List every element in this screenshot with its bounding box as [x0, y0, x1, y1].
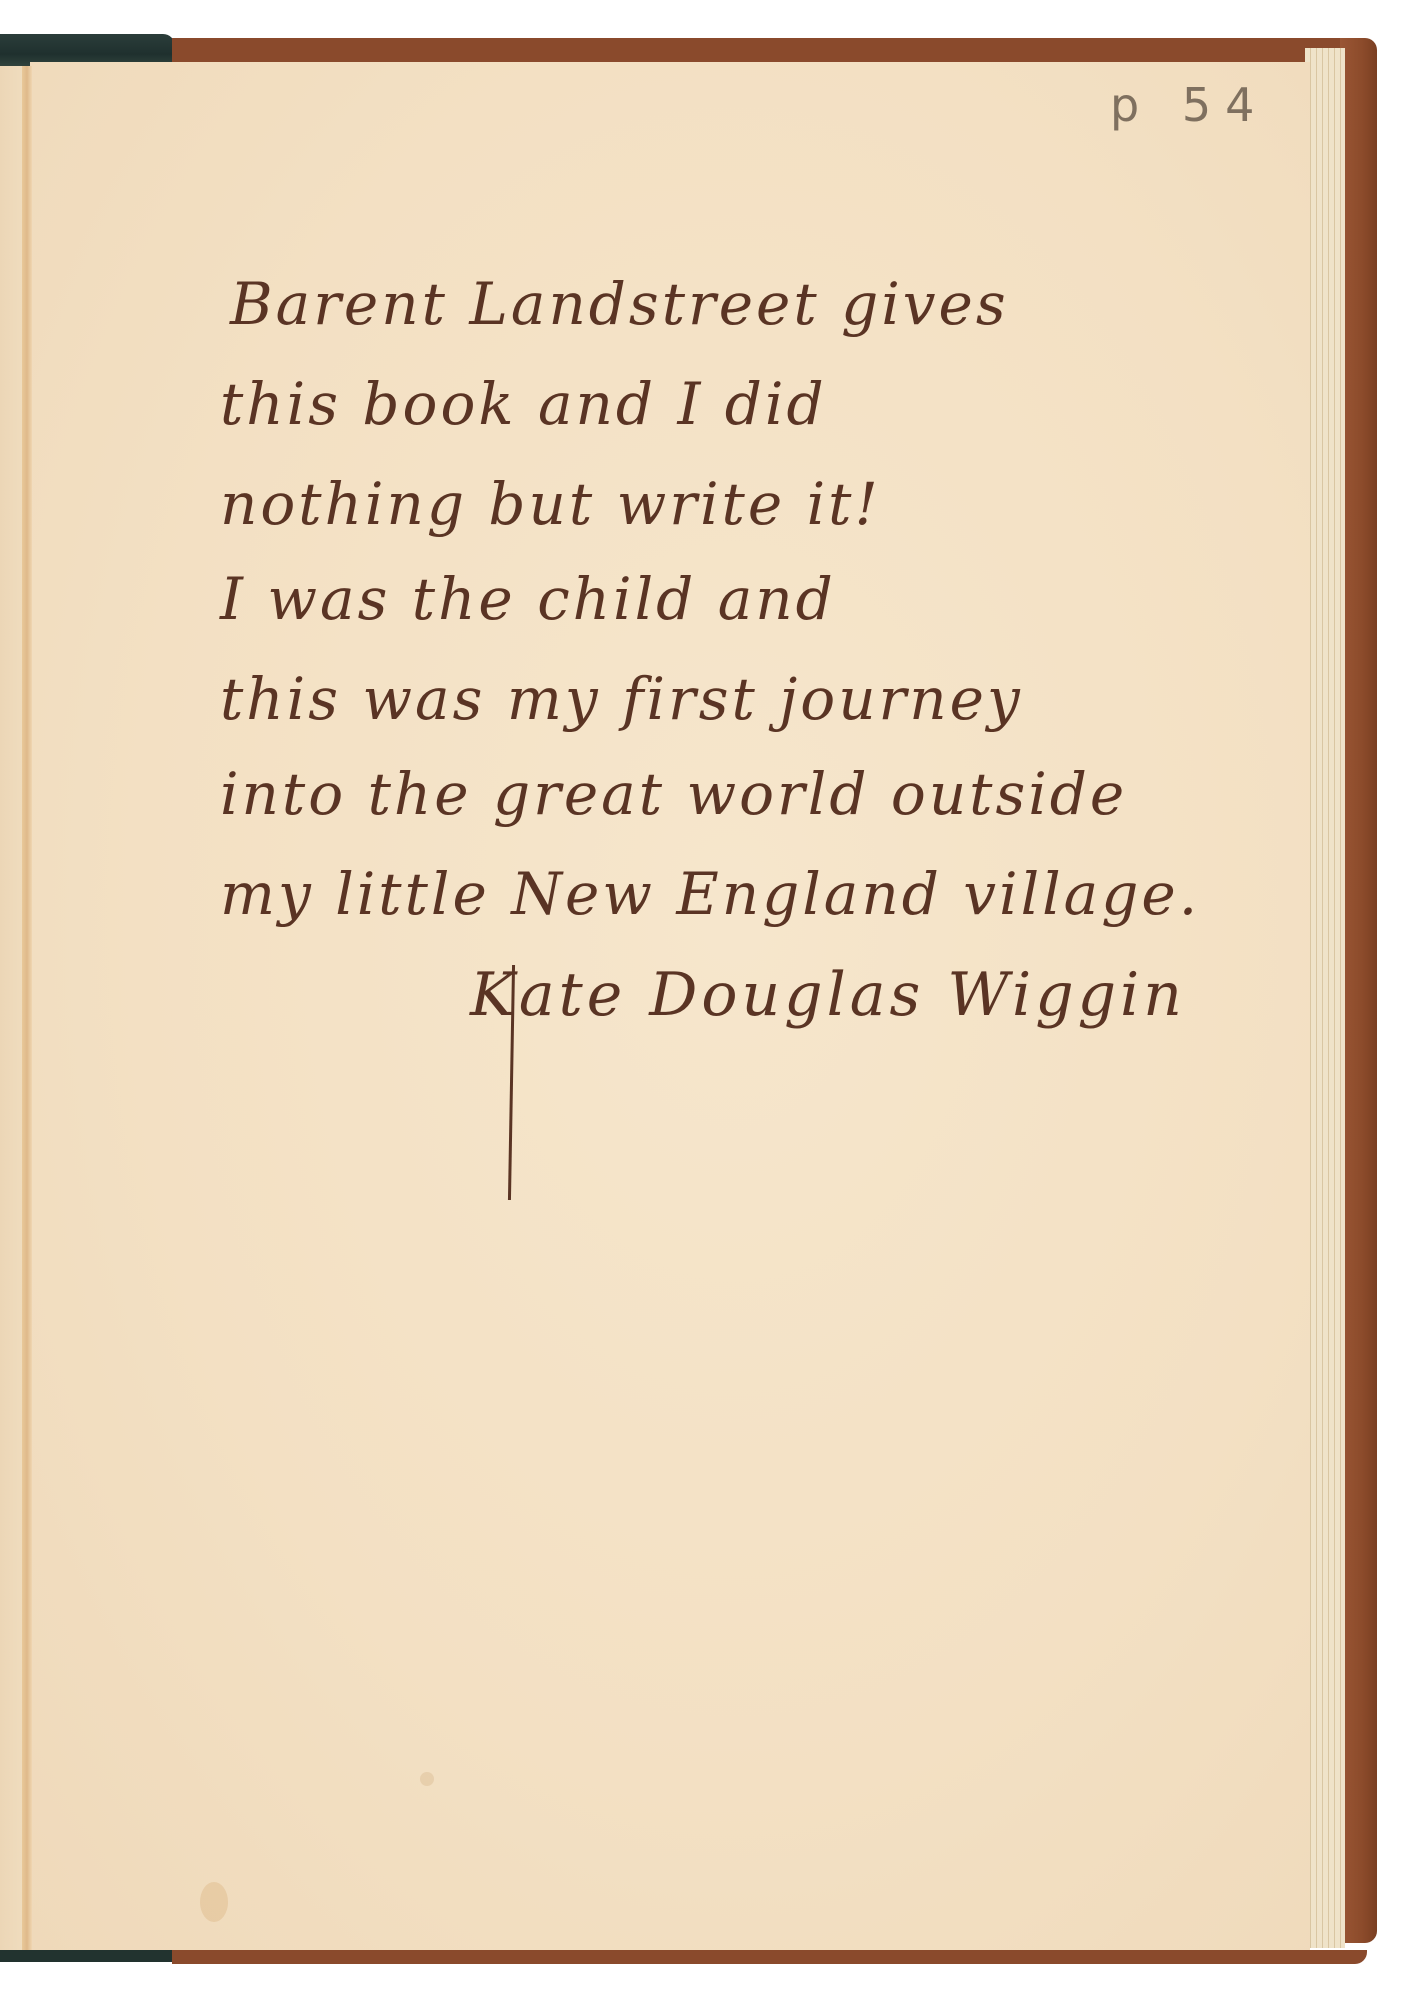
- book-cover-right-board: [1340, 38, 1377, 1943]
- page-block-edges: [1305, 48, 1345, 1948]
- gutter-fold: [22, 66, 32, 1950]
- inscription-line-4: I was the child and: [220, 565, 836, 633]
- pencil-page-note: p 54: [1110, 78, 1268, 132]
- author-signature: Kate Douglas Wiggin: [470, 960, 1186, 1030]
- foxing-stain: [200, 1882, 228, 1922]
- inscription-line-3: nothing but write it!: [220, 470, 881, 538]
- inscription-line-5: this was my first journey: [220, 665, 1023, 733]
- foxing-stain: [420, 1772, 434, 1786]
- inscription-line-1: Barent Landstreet gives: [230, 270, 1009, 338]
- book-cover-bottom-board: [172, 1950, 1367, 1964]
- inscription-line-2: this book and I did: [220, 370, 827, 438]
- inscription-line-6: into the great world outside: [220, 760, 1127, 828]
- inscription-line-7: my little New England village.: [220, 860, 1200, 928]
- book-cover-bottom-spine: [0, 1948, 175, 1962]
- book-cover-top-board: [172, 38, 1377, 62]
